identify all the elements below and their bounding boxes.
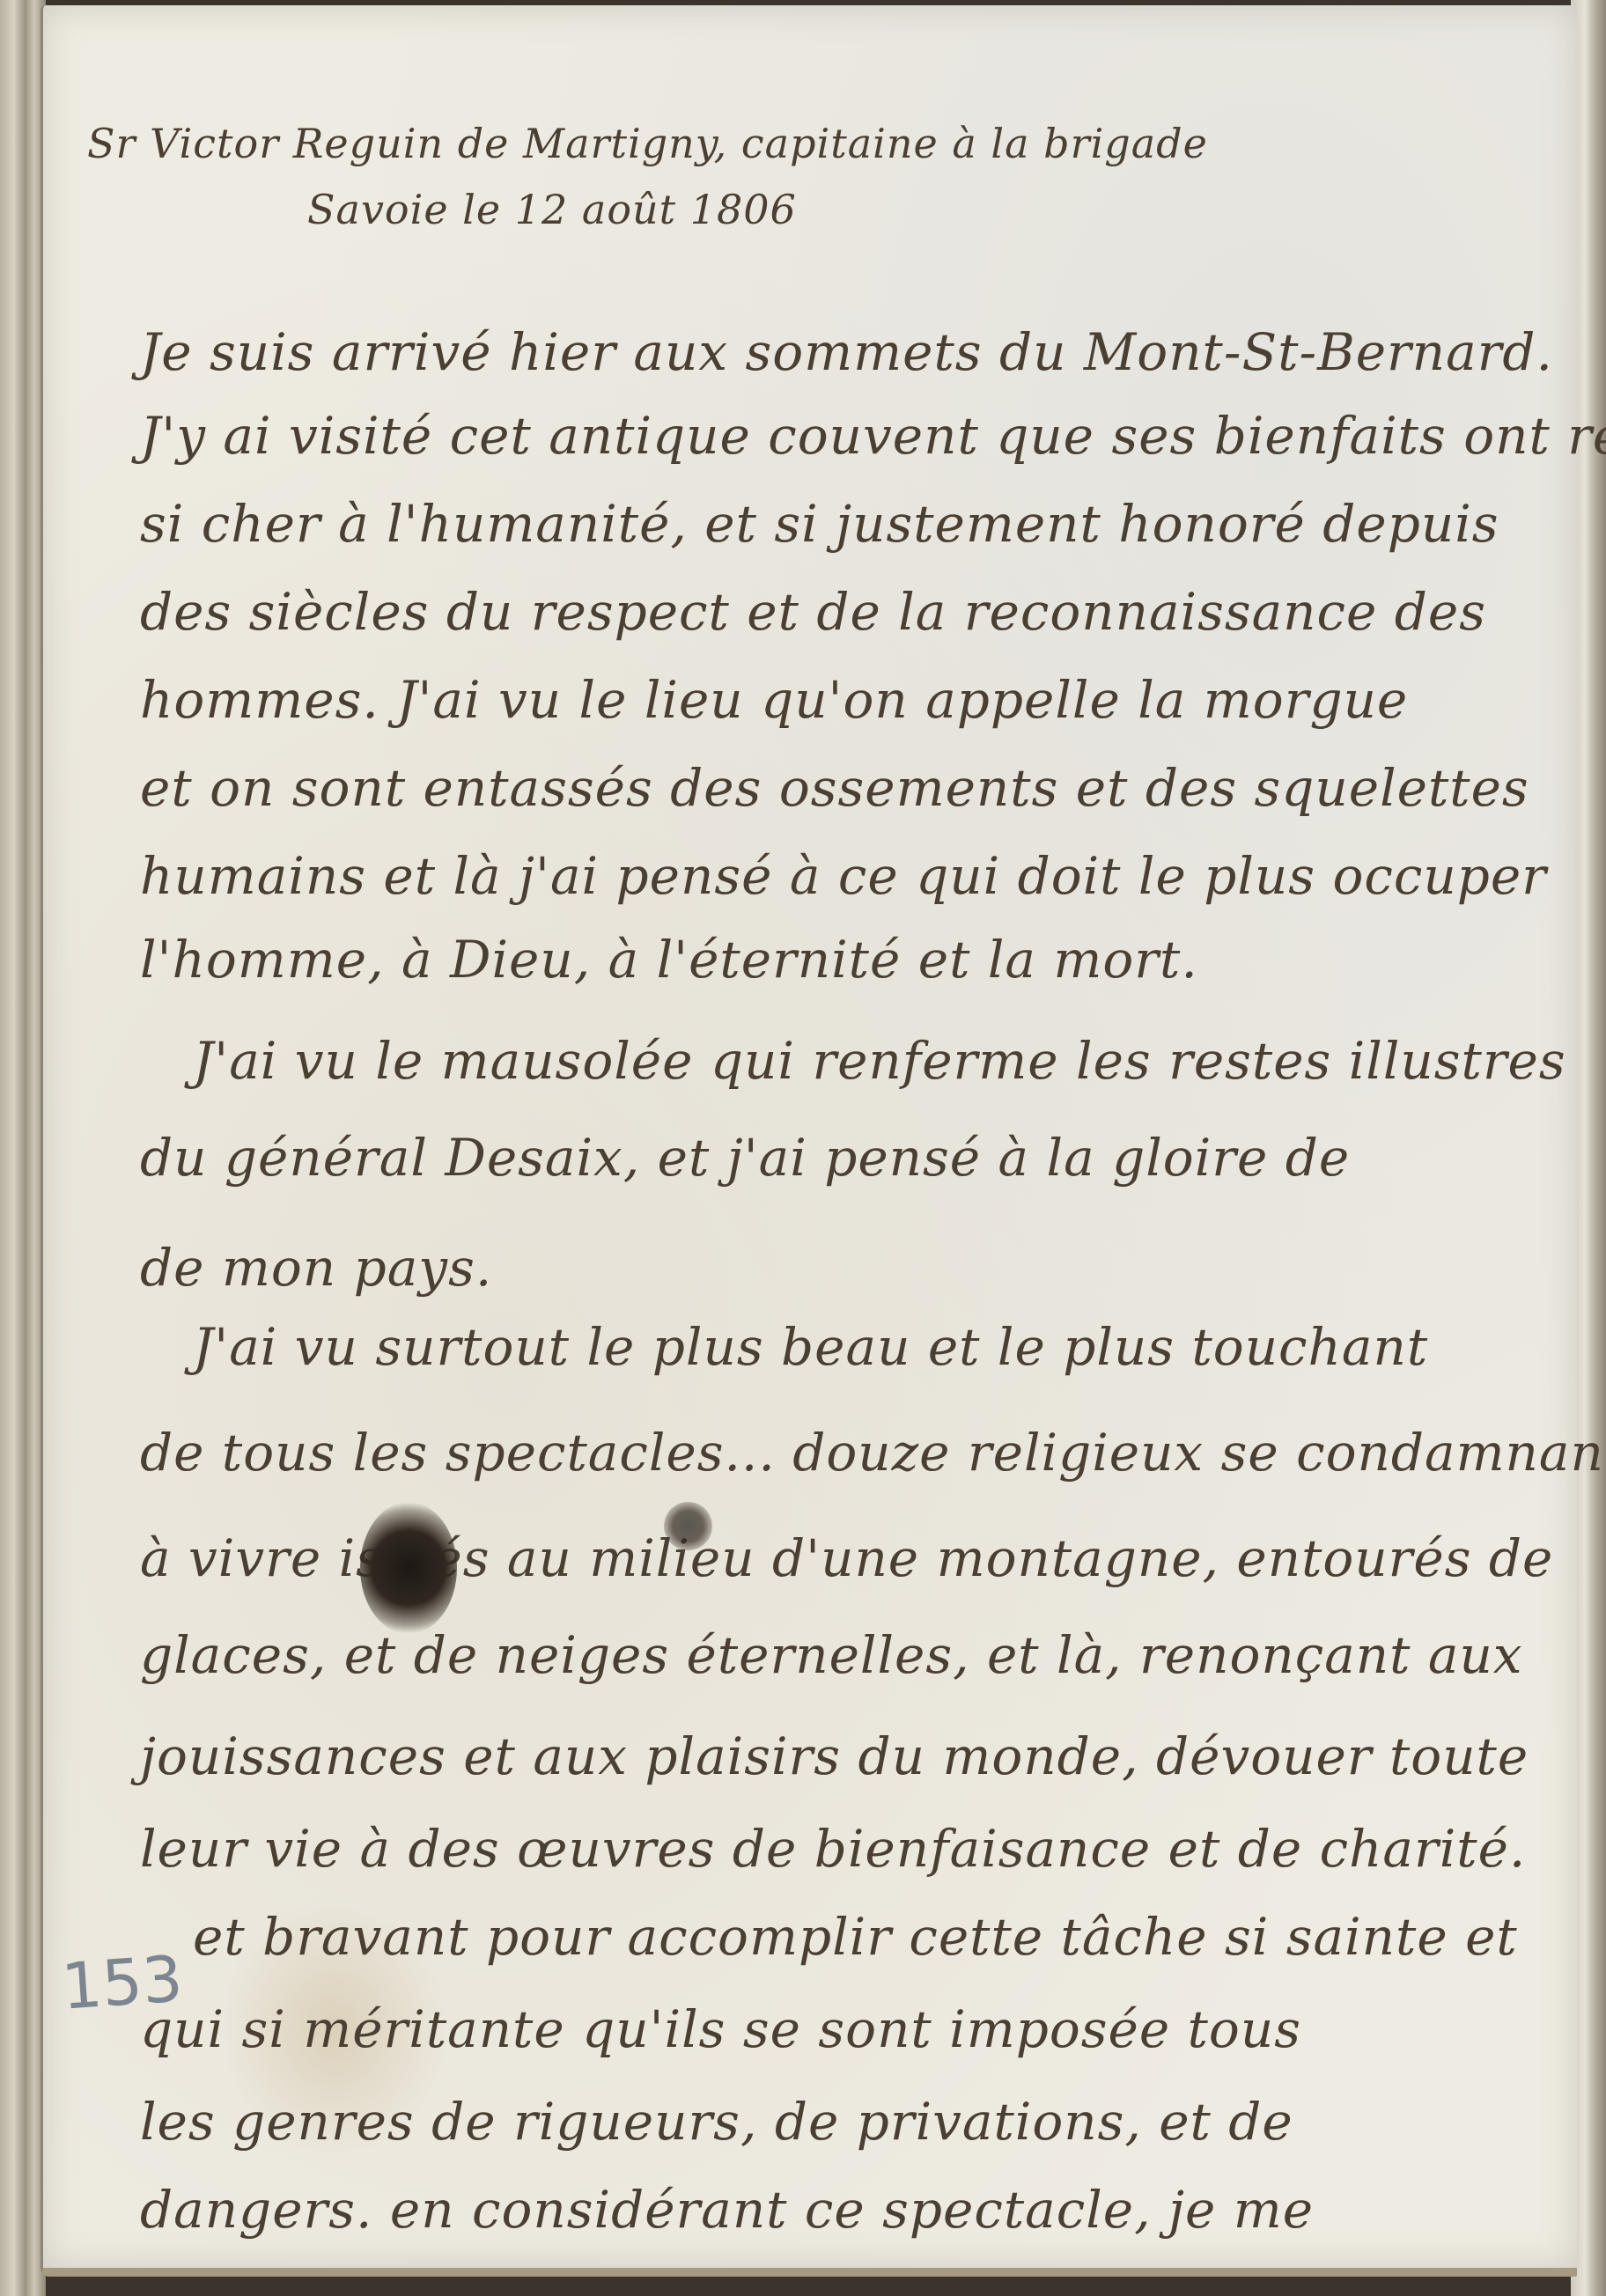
ink-blot-small	[664, 1502, 712, 1550]
text-line-20: les genres de rigueurs, de privations, e…	[140, 2092, 1293, 2152]
text-line-4: des siècles du respect et de la reconnai…	[140, 582, 1486, 642]
text-line-3: si cher à l'humanité, et si justement ho…	[140, 494, 1499, 554]
text-line-19: qui si méritante qu'ils se sont imposée …	[140, 1999, 1301, 2059]
text-line-13: de tous les spectacles... douze religieu…	[140, 1423, 1606, 1483]
ink-blot-large	[360, 1502, 457, 1634]
text-line-6: et on sont entassés des ossements et des…	[140, 758, 1529, 818]
text-line-8: l'homme, à Dieu, à l'éternité et la mort…	[140, 930, 1198, 990]
text-line-17: leur vie à des œuvres de bienfaisance et…	[140, 1819, 1526, 1879]
text-line-9: J'ai vu le mausolée qui renferme les res…	[193, 1031, 1566, 1091]
text-line-18: et bravant pour accomplir cette tâche si…	[193, 1907, 1518, 1967]
heading-line-2: Savoie le 12 août 1806	[307, 186, 797, 233]
text-line-2: J'y ai visité cet antique couvent que se…	[140, 406, 1606, 466]
manuscript-page: Sr Victor Reguin de Martigny, capitaine …	[41, 5, 1577, 2277]
heading-line-1: Sr Victor Reguin de Martigny, capitaine …	[87, 120, 1208, 167]
text-line-14: à vivre isolés au milieu d'une montagne,…	[140, 1528, 1553, 1588]
text-line-21: dangers. en considérant ce spectacle, je…	[140, 2180, 1314, 2240]
text-line-12: J'ai vu surtout le plus beau et le plus …	[193, 1317, 1428, 1377]
book-binding-left	[0, 0, 46, 2296]
folio-number: 153	[59, 1941, 185, 2023]
text-line-16: jouissances et aux plaisirs du monde, dé…	[140, 1726, 1529, 1786]
text-line-5: hommes. J'ai vu le lieu qu'on appelle la…	[140, 670, 1408, 730]
text-line-15: glaces, et de neiges éternelles, et là, …	[140, 1625, 1523, 1685]
text-line-1: Je suis arrivé hier aux sommets du Mont-…	[140, 322, 1553, 382]
manuscript-scan: Sr Victor Reguin de Martigny, capitaine …	[0, 0, 1606, 2296]
text-line-7: humains et là j'ai pensé à ce qui doit l…	[140, 846, 1547, 906]
text-line-10: du général Desaix, et j'ai pensé à la gl…	[140, 1128, 1350, 1188]
text-line-11: de mon pays.	[140, 1238, 492, 1298]
